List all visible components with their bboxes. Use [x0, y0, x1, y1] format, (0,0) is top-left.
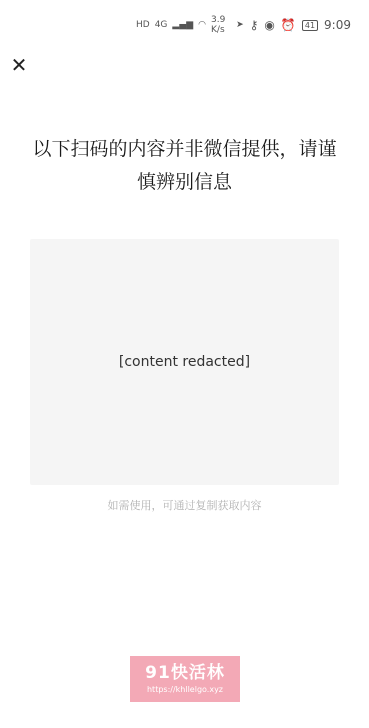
clock: 9:09 [324, 18, 351, 32]
warning-title: 以下扫码的内容并非微信提供，请谨慎辨别信息 [0, 133, 369, 199]
alarm-icon: ⏰ [281, 18, 296, 32]
battery-icon: 41 [302, 20, 318, 31]
copy-hint: 如需使用，可通过复制获取内容 [0, 497, 369, 513]
close-icon: ✕ [11, 53, 28, 77]
watermark-title: 91快活林 [145, 662, 225, 684]
status-right-icons: ⚷ ◉ ⏰ 41 9:09 [250, 18, 351, 32]
eye-icon: ◉ [264, 18, 274, 32]
wifi-icon: ◠ [198, 20, 206, 30]
status-bar: HD 4G ▂▄▆ ◠ 3.9 K/s ➤ ⚷ ◉ ⏰ 41 9:09 [0, 0, 369, 50]
watermark: 91快活林 https://khllelgo.xyz [130, 656, 240, 702]
network-type-icon: 4G [155, 20, 168, 30]
key-icon: ⚷ [250, 18, 259, 32]
network-speed: 3.9 K/s [211, 15, 231, 35]
signal-icon: ▂▄▆ [172, 20, 193, 30]
watermark-url: https://khllelgo.xyz [147, 684, 223, 696]
status-left-icons: HD 4G ▂▄▆ ◠ 3.9 K/s ➤ [136, 15, 244, 35]
send-icon: ➤ [236, 20, 244, 30]
close-button[interactable]: ✕ [8, 54, 30, 76]
scanned-content-card[interactable]: [content redacted] [30, 239, 339, 485]
hd-icon: HD [136, 20, 150, 30]
scanned-content-text: [content redacted] [119, 349, 250, 375]
